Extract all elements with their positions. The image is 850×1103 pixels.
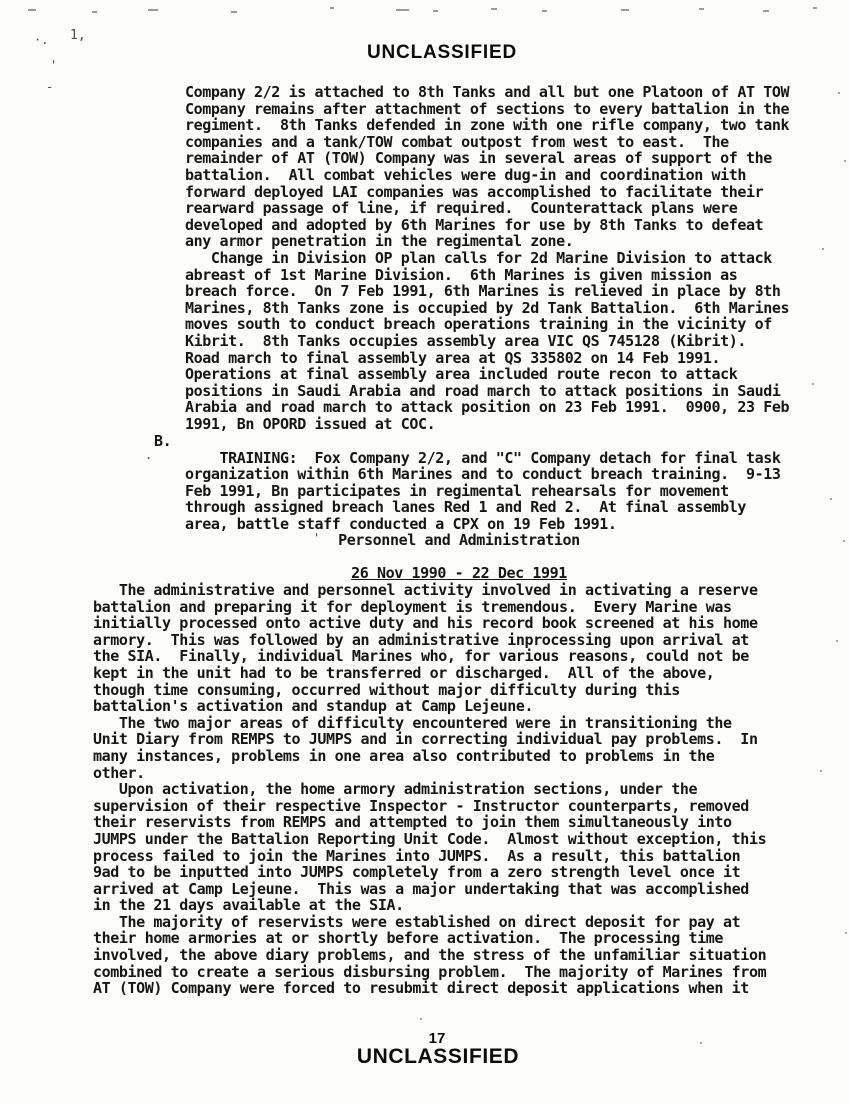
scan-speckle [231,11,237,13]
scan-speckle [812,383,814,385]
scan-speckle [330,7,334,9]
scan-speckle [420,1018,422,1020]
operations-paragraphs: Company 2/2 is attached to 8th Tanks and… [185,84,789,432]
scan-speckle [820,770,822,772]
scan-speckle [844,160,846,162]
handwritten-mark: 1, [70,28,86,43]
handwritten-mark: - [46,80,53,94]
scan-speckle [491,8,497,10]
scan-speckle [822,248,824,250]
document-page: ·. 1, ' - . ' UNCLASSIFIED Company 2/2 i… [0,0,850,1103]
scan-speckle [763,10,769,12]
handwritten-mark: . [145,448,152,462]
scan-speckle [621,9,629,11]
scan-speckle [92,11,97,13]
scan-speckle [542,10,547,12]
scan-speckle [396,9,409,11]
footer-classification: UNCLASSIFIED [13,1045,850,1069]
scan-speckle [813,7,817,9]
scan-speckle [699,8,704,10]
date-range-heading: 26 Nov 1990 - 22 Dec 1991 [107,565,811,582]
training-item-text: TRAINING: Fox Company 2/2, and "C" Compa… [185,449,781,533]
scan-speckle [836,640,838,642]
scan-speckle [845,932,847,934]
section-heading-personnel-admin: Personnel and Administration [107,532,811,549]
scan-speckle [830,498,832,500]
date-range-text: 26 Nov 1990 - 22 Dec 1991 [351,564,567,582]
header-classification: UNCLASSIFIED [17,42,850,64]
scan-speckle [28,9,36,11]
training-item-label: B. [154,433,171,450]
scan-speckle [148,9,158,11]
personnel-admin-paragraphs: The administrative and personnel activit… [93,582,766,997]
scan-speckle [843,540,845,542]
scan-speckle [838,92,840,94]
scan-speckle [433,10,438,12]
